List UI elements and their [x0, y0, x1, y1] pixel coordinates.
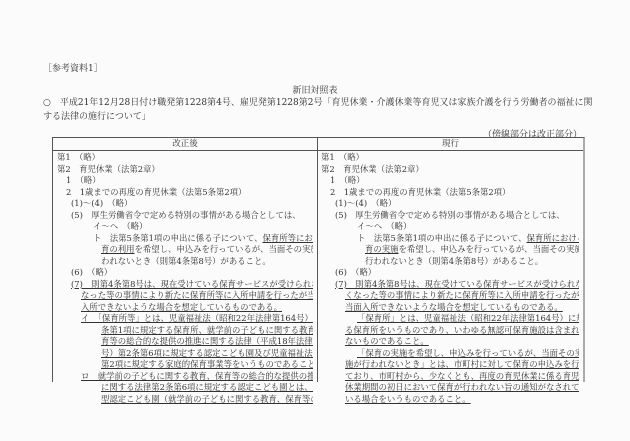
table-line: (5) 厚生労働省令で定める特別の事情がある場合としては、 — [57, 210, 313, 222]
amended-text: 入所できないような場合を想定しているものである。 — [81, 302, 282, 312]
table-line: (7) 則第4条第8号は、現在受けている保育サービスが受けられな — [321, 279, 579, 291]
amended-text: いる場合をいうものであること。 — [345, 394, 471, 404]
line-text: を希望し、申込みを行っているが、当面その実施が行 — [135, 244, 314, 254]
table-line: 育の利用を希望し、申込みを行っているが、当面その実施が行 — [57, 244, 313, 256]
table-line: 施が行われないとき」とは、市町村に対して保育の申込みを行っ — [321, 359, 579, 371]
line-text: 1 （略） — [330, 175, 365, 185]
table-line: 第1 （略） — [57, 152, 313, 164]
amended-text: (7) 則第4条第8号は、現在受けている保育サービスが受けられな — [335, 279, 579, 289]
amended-text: 保育所における保 — [526, 233, 579, 243]
table-line: 当面入所できないような場合を想定しているものである。 — [321, 302, 579, 314]
table-line: 入所できないような場合を想定しているものである。 — [57, 302, 313, 314]
amended-text: 「保育所」とは、児童福祉法（昭和22年法律第164号）に規定す — [357, 313, 579, 323]
table-line: ロ 就学前の子どもに関する教育、保育等の総合的な提供の推進 — [57, 371, 313, 383]
header-revised: 改正後 — [53, 138, 317, 150]
table-line: くなった等の事情により新たに保育所等に入所申請を行ったが — [321, 290, 579, 302]
table-line: 「保育所」とは、児童福祉法（昭和22年法律第164号）に規定す — [321, 313, 579, 325]
table-line: 1 （略） — [57, 175, 313, 187]
table-line: 第1 （略） — [321, 152, 579, 164]
amended-text: 施が行われないとき」とは、市町村に対して保育の申込みを行っ — [345, 359, 579, 369]
table-line: (6) （略） — [321, 267, 579, 279]
line-text: 第2 育児休業（法第2章） — [321, 164, 424, 174]
table-line: 第2項に規定する家庭的保育事業等をいうものであること。 — [57, 359, 313, 371]
amended-text: ないものであること。 — [345, 336, 429, 346]
reference-label: ［参考資料1］ — [43, 61, 103, 74]
table-line: われないとき（則第4条第8号）があること。 — [57, 256, 313, 268]
line-text: イ～ヘ （略） — [93, 221, 147, 231]
amended-text: (7) 則第4条第8号は、現在受けている保育サービスが受けられなく — [71, 279, 313, 289]
amended-text: 育の利用 — [101, 244, 135, 254]
table-line: イ～ヘ （略） — [321, 221, 579, 233]
table-line: (1)～(4) （略） — [57, 198, 313, 210]
current-column: 第1 （略）第2 育児休業（法第2章）1 （略）2 1歳までの再度の育児休業（法… — [321, 152, 579, 405]
comparison-table: 改正後 現行 第1 （略）第2 育児休業（法第2章）1 （略）2 1歳までの再度… — [52, 137, 585, 382]
table-line: 育の実施を希望し、申込みを行っているが、当面その実施が — [321, 244, 579, 256]
line-text: (5) 厚生労働省令で定める特別の事情がある場合としては、 — [71, 210, 301, 220]
amended-text: くなった等の事情により新たに保育所等に入所申請を行ったが — [345, 290, 579, 300]
table-line: ト 法第5条第1項の申出に係る子について、保育所における保 — [321, 233, 579, 245]
header-current: 現行 — [318, 138, 583, 150]
table-line: 第2 育児休業（法第2章） — [321, 164, 579, 176]
amended-text: に関する法律第2条第6項に規定する認定こども園とは、幼稚園 — [101, 382, 313, 392]
intro-paragraph: ○ 平成21年12月28日付け職発第1228第4号、雇児発第1228第2号「育児… — [43, 96, 593, 124]
line-text: (5) 厚生労働省令で定める特別の事情がある場合としては、 — [335, 210, 565, 220]
table-line: 第2 育児休業（法第2章） — [57, 164, 313, 176]
amended-text: 「保育の実施を希望し、申込みを行っているが、当面その実 — [357, 348, 579, 358]
table-line: 号）第2条第6項に規定する認定こども園及び児童福祉法第24条 — [57, 348, 313, 360]
table-line: 2 1歳までの再度の育児休業（法第5条第2項） — [321, 187, 579, 199]
table-line: 育等の総合的な提供の推進に関する法律（平成18年法律第77 — [57, 336, 313, 348]
table-line: (7) 則第4条第8号は、現在受けている保育サービスが受けられなく — [57, 279, 313, 291]
amended-text: 第2項に規定する家庭的保育事業等をいうものであること。 — [101, 359, 313, 369]
table-line: に関する法律第2条第6項に規定する認定こども園とは、幼稚園 — [57, 382, 313, 394]
line-text: ト 法第5条第1項の申出に係る子について、 — [93, 233, 262, 243]
amended-text: 休業期間の初日において保育が行われない旨の通知がなされて — [345, 382, 579, 392]
line-text: 第2 育児休業（法第2章） — [57, 164, 160, 174]
amended-text: 号）第2条第6項に規定する認定こども園及び児童福祉法第24条 — [101, 348, 313, 358]
table-line: イ 「保育所等」とは、児童福祉法（昭和22年法律第164号）第39 — [57, 313, 313, 325]
document-title: 新旧対照表 — [0, 83, 630, 96]
amended-text: 育の実施 — [365, 244, 399, 254]
table-line: いる場合をいうものであること。 — [321, 394, 579, 406]
amended-text: 保育所等における保 — [262, 233, 313, 243]
line-text: を希望し、申込みを行っているが、当面その実施が — [399, 244, 580, 254]
amended-text: 当面入所できないような場合を想定しているものである。 — [345, 302, 563, 312]
table-line: (5) 厚生労働省令で定める特別の事情がある場合としては、 — [321, 210, 579, 222]
table-line: 「保育の実施を希望し、申込みを行っているが、当面その実 — [321, 348, 579, 360]
table-line: る保育所をいうものであり、いわゆる無認可保育施設は含まれ — [321, 325, 579, 337]
line-text: 1 （略） — [66, 175, 101, 185]
table-line: なった等の事情により新たに保育所等に入所申請を行ったが当面 — [57, 290, 313, 302]
table-line: (1)～(4) （略） — [321, 198, 579, 210]
line-text: われないとき（則第4条第8号）があること。 — [101, 256, 271, 266]
table-line: 2 1歳までの再度の育児休業（法第5条第2項） — [57, 187, 313, 199]
amended-text: ロ 就学前の子どもに関する教育、保育等の総合的な提供の推進 — [81, 371, 313, 381]
amended-text: 型認定こども園（就学前の子どもに関する教育、保育等の — [101, 394, 313, 404]
line-text: 2 1歳までの再度の育児休業（法第5条第2項） — [66, 187, 246, 197]
line-text: 第1 （略） — [57, 152, 100, 162]
table-line: ト 法第5条第1項の申出に係る子について、保育所等における保 — [57, 233, 313, 245]
table-line: 休業期間の初日において保育が行われない旨の通知がなされて — [321, 382, 579, 394]
revised-column: 第1 （略）第2 育児休業（法第2章）1 （略）2 1歳までの再度の育児休業（法… — [57, 152, 313, 405]
amended-text: イ 「保育所等」とは、児童福祉法（昭和22年法律第164号）第39 — [81, 313, 313, 323]
line-text: (1)～(4) （略） — [335, 198, 396, 208]
table-line: 条第1項に規定する保育所、就学前の子どもに関する教育、保 — [57, 325, 313, 337]
line-text: (6) （略） — [335, 267, 376, 277]
line-text: 2 1歳までの再度の育児休業（法第5条第2項） — [330, 187, 510, 197]
line-text: 第1 （略） — [321, 152, 364, 162]
table-line: 型認定こども園（就学前の子どもに関する教育、保育等の — [57, 394, 313, 406]
table-line: イ～ヘ （略） — [57, 221, 313, 233]
line-text: 行われないとき（則第4条第8号）があること。 — [365, 256, 543, 266]
table-line: ており、市町村から、少なくとも、再度の育児休業に係る育児 — [321, 371, 579, 383]
amended-text: る保育所をいうものであり、いわゆる無認可保育施設は含まれ — [345, 325, 579, 335]
table-line: ないものであること。 — [321, 336, 579, 348]
column-divider — [317, 138, 318, 382]
line-text: イ～ヘ （略） — [357, 221, 411, 231]
line-text: (1)～(4) （略） — [71, 198, 132, 208]
amended-text: 条第1項に規定する保育所、就学前の子どもに関する教育、保 — [101, 325, 313, 335]
table-line: (6) （略） — [57, 267, 313, 279]
table-header-row: 改正後 現行 — [53, 138, 583, 151]
amended-text: 育等の総合的な提供の推進に関する法律（平成18年法律第77 — [101, 336, 313, 346]
amended-text: なった等の事情により新たに保育所等に入所申請を行ったが当面 — [81, 290, 313, 300]
table-line: 1 （略） — [321, 175, 579, 187]
line-text: (6) （略） — [71, 267, 112, 277]
amended-text: ており、市町村から、少なくとも、再度の育児休業に係る育児 — [345, 371, 579, 381]
table-line: 行われないとき（則第4条第8号）があること。 — [321, 256, 579, 268]
line-text: ト 法第5条第1項の申出に係る子について、 — [357, 233, 526, 243]
